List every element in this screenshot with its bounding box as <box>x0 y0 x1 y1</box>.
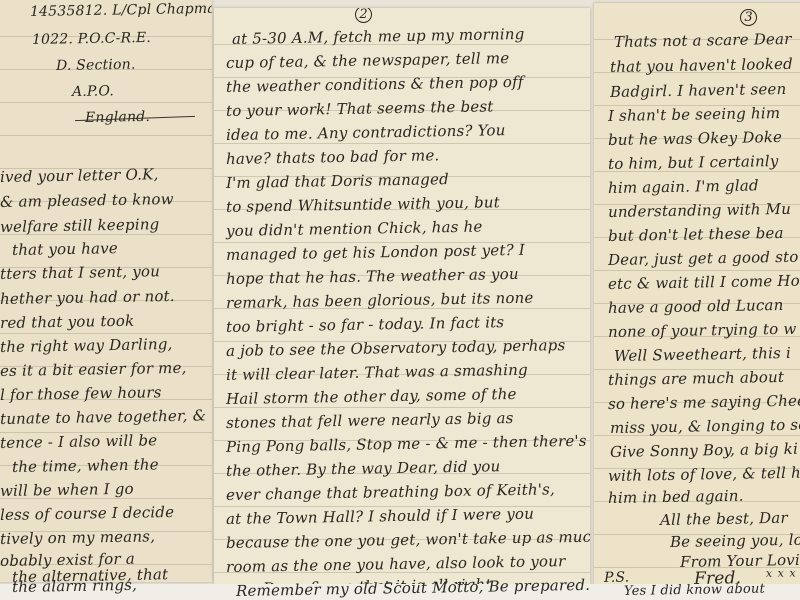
letter-line: hope that he has. The weather as you <box>226 265 519 288</box>
sender-service-number: 14535812. L/Cpl Chapman. F. <box>30 0 212 20</box>
letter-line: I shan't be seeing him <box>608 104 780 125</box>
letter-line: miss you, & longing to se <box>610 416 800 437</box>
letter-page-middle: 2 at 5-30 A.M, fetch me up my morning cu… <box>214 8 590 593</box>
letter-line: Dear, just get a good sto <box>608 248 799 269</box>
letter-line: tters that I sent, you <box>0 262 160 283</box>
sender-apo: A.P.O. <box>72 83 114 100</box>
letter-line: the alarm rings, <box>12 576 137 596</box>
letter-line: l for those few hours <box>0 383 162 404</box>
letter-line: the weather conditions & then pop off <box>226 73 524 96</box>
letter-line: a job to see the Observatory today, perh… <box>226 336 566 360</box>
closing-line: All the best, Dar <box>660 509 788 529</box>
letter-page-left: 14535812. L/Cpl Chapman. F. 1022. P.O.C-… <box>0 0 212 582</box>
letter-line: things are much about <box>608 368 784 389</box>
letter-line: idea to me. Any contradictions? You <box>226 121 506 144</box>
letter-line: him again. I'm glad <box>608 176 759 197</box>
letter-line: with lots of love, & tell h <box>608 464 800 485</box>
letter-line: less of course I decide <box>0 503 174 524</box>
letter-line: Ping Pong balls, Stop me - & me - then t… <box>226 432 587 456</box>
letter-line: etc & wait till I come Ho <box>608 272 800 293</box>
letter-line: you didn't mention Chick, has he <box>226 218 483 240</box>
letter-line: tively on my means, <box>0 527 155 548</box>
postscript-text: Yes I did know about <box>624 582 765 599</box>
letter-line: tunate to have together, & <box>0 406 206 428</box>
letter-line: es it a bit easier for me, <box>0 359 187 380</box>
letter-line: to your work! That seems the best <box>226 97 494 120</box>
sender-unit: 1022. P.O.C-R.E. <box>32 30 151 48</box>
letter-line: him in bed again. <box>608 487 744 507</box>
letter-line: managed to get his London post yet? I <box>226 241 525 264</box>
letter-line: it will clear later. That was a smashing <box>226 361 528 384</box>
letter-line: but he was Okey Doke <box>608 128 782 149</box>
letter-line: the right way Darling, <box>0 335 173 356</box>
letter-line: Well Sweetheart, this i <box>614 344 791 365</box>
letter-line: Thats not a scare Dear <box>614 30 792 51</box>
letter-line: remark, has been glorious, but its none <box>226 289 534 312</box>
letter-line: & am pleased to know <box>0 190 174 211</box>
sender-section: D. Section. <box>56 57 136 74</box>
letter-line: I'm glad that Doris managed <box>226 170 449 192</box>
letter-line: to him, but I certainly <box>608 152 779 173</box>
letter-line: red that you took <box>0 312 134 332</box>
letter-line: to spend Whitsuntide with you, but <box>226 193 500 216</box>
letter-line: tence - I also will be <box>0 431 157 452</box>
letter-line: that you have <box>12 239 118 259</box>
letter-line: too bright - so far - today. In fact its <box>226 313 505 336</box>
page-number-2: 2 <box>355 8 372 23</box>
letter-line: Hail storm the other day, some of the <box>226 385 517 408</box>
kisses: x x x <box>766 566 797 580</box>
letter-line: so here's me saying Chee <box>608 392 800 413</box>
letter-line: Badgirl. I haven't seen <box>610 80 787 101</box>
letter-line: understanding with Mu <box>608 200 791 221</box>
letter-line: the other. By the way Dear, did you <box>226 457 501 480</box>
letter-line: that you haven't looked <box>610 55 793 76</box>
page-number-3: 3 <box>740 9 757 26</box>
letter-line: will be when I go <box>0 480 134 500</box>
letter-line: at the Town Hall? I should if I were you <box>226 505 534 528</box>
letter-line: stones that fell were nearly as big as <box>226 409 514 432</box>
closing-line: Be seeing you, lo <box>670 531 800 551</box>
letter-line: Give Sonny Boy, a big ki <box>610 440 798 461</box>
letter-line: ever change that breathing box of Keith'… <box>226 480 555 504</box>
letter-line: none of your trying to w <box>608 320 797 341</box>
letter-line: hether you had or not. <box>0 287 175 308</box>
letter-line: cup of tea, & the newspaper, tell me <box>226 49 510 72</box>
letter-line: room as the one you have, also look to y… <box>226 552 566 576</box>
letter-line: at 5-30 A.M, fetch me up my morning <box>232 25 525 48</box>
letter-page-right: 3 Thats not a scare Dear that you haven'… <box>594 3 800 591</box>
letter-line: have? thats too bad for me. <box>226 146 440 168</box>
letter-line: the time, when the <box>12 455 159 476</box>
letter-line: welfare still keeping <box>0 215 160 236</box>
letter-line: ived your letter O.K, <box>0 165 159 186</box>
letter-line: because the one you get, won't take up a… <box>226 527 590 552</box>
letter-line: have a good old Lucan <box>608 296 784 317</box>
letter-line: but don't let these bea <box>608 224 784 245</box>
